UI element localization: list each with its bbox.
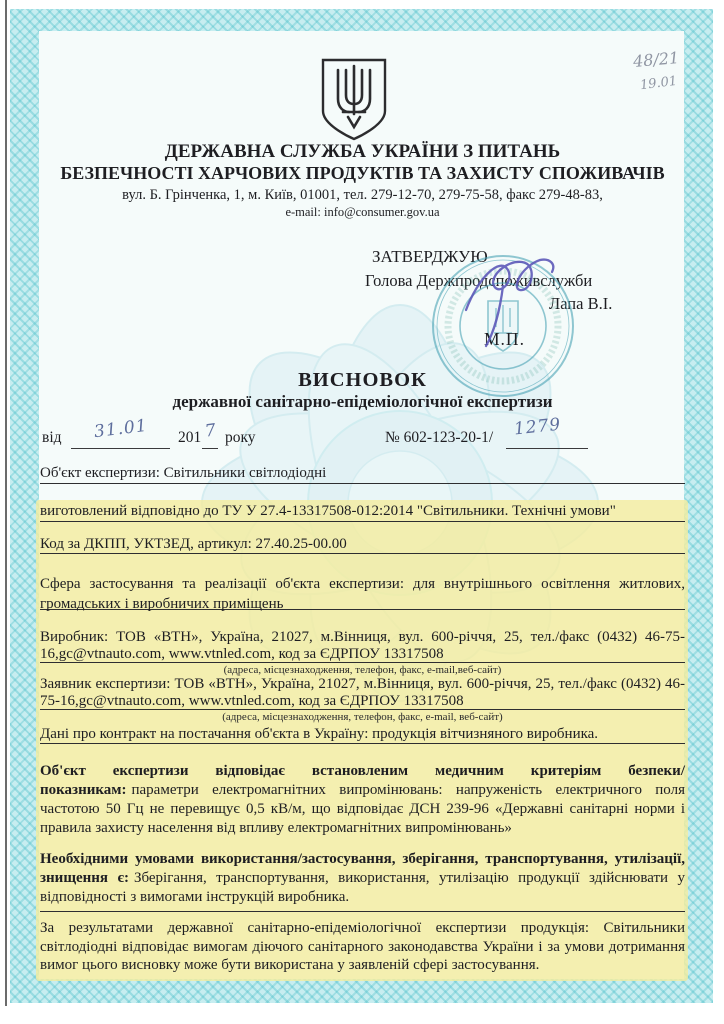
conditions-text: Зберігання, транспортування, використанн… <box>40 870 685 905</box>
document-title: ВИСНОВОК <box>40 369 685 392</box>
field-application-scope: Сфера застосування та реалізації об'єкта… <box>40 575 685 610</box>
signature <box>448 248 608 358</box>
org-name-line1: ДЕРЖАВНА СЛУЖБА УКРАЇНИ З ПИТАНЬ <box>40 141 685 163</box>
conclusion-paragraph: За результатами державної санітарно-епід… <box>40 919 685 975</box>
certificate-page: 48/21 19.01 ДЕРЖАВНА СЛУЖБА УКРАЇНИ З ПИ… <box>0 0 724 1024</box>
field-manufactured-to: виготовлений відповідно до ТУ У 27.4-133… <box>40 502 685 522</box>
manufacturer-field-note: (адреса, місцезнаходження, телефон, факс… <box>40 664 685 676</box>
pencil-note-number: 48/21 <box>632 48 680 71</box>
conditions-paragraph: Необхідними умовами використання/застосу… <box>40 850 685 912</box>
field-contract-info: Дані про контракт на постачання об'єкта … <box>40 725 685 744</box>
scan-edge-line <box>5 0 7 1006</box>
date-label: від <box>42 429 62 447</box>
org-address: вул. Б. Грінченка, 1, м. Київ, 01001, те… <box>40 187 685 204</box>
applicant-field-note: (адреса, місцезнаходження, телефон, факс… <box>40 711 685 723</box>
tryzub-emblem-icon <box>316 57 392 143</box>
field-product-code: Код за ДКПП, УКТЗЕД, артикул: 27.40.25-0… <box>40 535 685 554</box>
year-word: року <box>225 429 256 447</box>
document-subtitle: державної санітарно-епідеміологічної екс… <box>40 392 685 412</box>
year-handwritten: 7 <box>204 420 218 441</box>
field-applicant: Заявник експертизи: ТОВ «ВТН», Україна, … <box>40 676 685 710</box>
org-name-line2: БЕЗПЕЧНОСТІ ХАРЧОВИХ ПРОДУКТІВ ТА ЗАХИСТ… <box>40 163 685 184</box>
criteria-paragraph: Об'єкт експертизи відповідає встановлени… <box>40 762 685 838</box>
field-manufacturer: Виробник: ТОВ «ВТН», Україна, 21027, м.В… <box>40 629 685 663</box>
year-printed: 201 <box>178 429 201 447</box>
number-label: № 602-123-20-1/ <box>385 429 493 447</box>
field-expertise-object: Об'єкт експертизи: Світильники світлодіо… <box>40 464 685 484</box>
criteria-text: параметри електромагнітних випромінювань… <box>40 782 685 836</box>
org-email: e-mail: info@consumer.gov.ua <box>40 205 685 220</box>
